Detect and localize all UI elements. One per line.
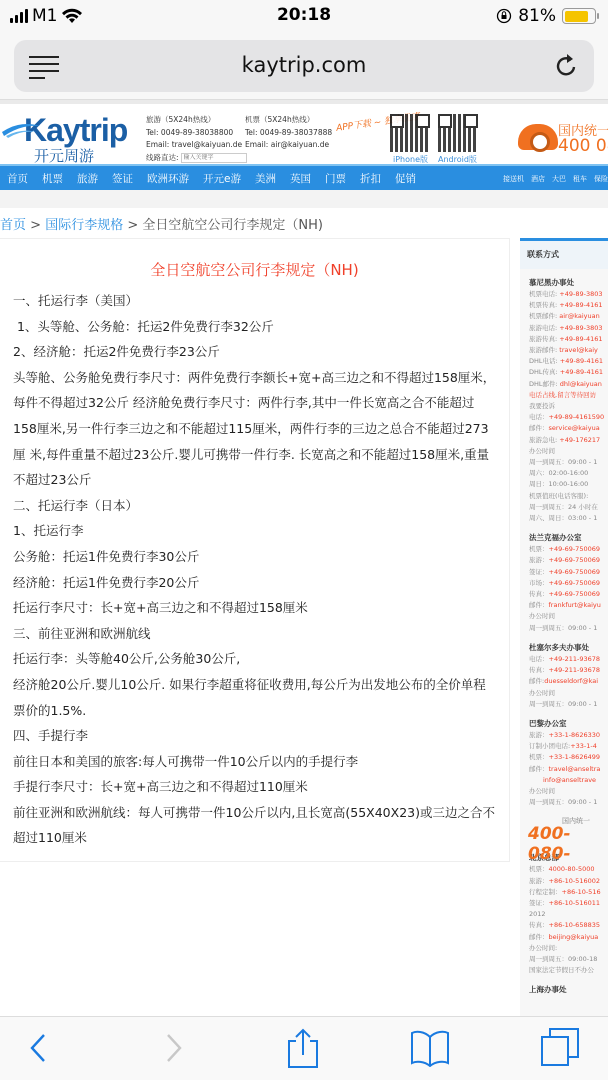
- air-contact: 机票（5X24h热线） Tel: 0049-89-38037888 Email:…: [245, 114, 332, 152]
- qr-code-iphone[interactable]: [390, 114, 430, 152]
- contact-value[interactable]: +33-1-8626499: [549, 753, 601, 761]
- office-munich: 慕尼黑办事处 机票电话: +49-89-3803 机票传真: +49-89-41…: [520, 277, 608, 524]
- article-paragraph: 经济舱：托运1件免费行李20公斤: [0, 570, 509, 596]
- contact-line: 传真：+49-69-750069: [529, 589, 608, 600]
- contact-line: 行程定制：+86-10-516: [529, 887, 608, 898]
- article-paragraph: 四、手提行李: [0, 723, 509, 749]
- forward-icon[interactable]: [164, 1031, 184, 1065]
- contact-value[interactable]: +86-10-516011: [549, 899, 601, 907]
- travel-contact-email[interactable]: Email: travel@kaiyuan.de: [146, 139, 242, 152]
- article-paragraph: 二、托运行李（日本）: [0, 493, 509, 519]
- office-title: 上海办事处: [529, 984, 608, 996]
- travel-contact-title: 旅游（5X24h热线）: [146, 114, 242, 127]
- contact-value[interactable]: +49-89-3803: [559, 290, 602, 298]
- site-logo[interactable]: Kaytrip 开元周游: [2, 112, 127, 166]
- contact-line: 机票：+33-1-8626499: [529, 752, 608, 763]
- tabs-icon[interactable]: [540, 1027, 580, 1067]
- contact-line: 旅游：+86-10-516002: [529, 876, 608, 887]
- air-contact-title: 机票（5X24h热线）: [245, 114, 332, 127]
- contact-line: 机票传真: +49-89-4161: [529, 300, 608, 311]
- reload-icon[interactable]: [554, 52, 580, 80]
- contact-line: 市场：+49-69-750069: [529, 578, 608, 589]
- contact-value[interactable]: +49-89-3803: [559, 324, 602, 332]
- hours-line: 周一到周五：09:00 - 1: [529, 699, 608, 710]
- rotation-lock-icon: [496, 8, 512, 24]
- contact-line: 旅游急电: +49-176217: [529, 435, 608, 446]
- breadcrumb-separator: >: [26, 218, 45, 233]
- hours-title: 办公时间: [529, 688, 608, 699]
- hours-line: 周一到周五：09:00 - 1: [529, 457, 608, 468]
- contact-line: 机票邮件: air@kaiyuan: [529, 311, 608, 322]
- office-paris: 巴黎办公室 旅游：+33-1-8626330 订制小团电话:+33-1-4 机票…: [520, 718, 608, 808]
- article-paragraph: 前往日本和美国的旅客:每人可携带一件10公斤以内的手提行李: [0, 749, 509, 775]
- contact-value[interactable]: travel@kaiy: [559, 346, 598, 354]
- contact-line: 邮件：travel@anseltra: [529, 764, 608, 775]
- contact-value[interactable]: beijing@kaiyua: [549, 933, 599, 941]
- contact-value[interactable]: +49-89-4161: [560, 368, 603, 376]
- hours-title: 办公时间: [529, 611, 608, 622]
- breadcrumb-home[interactable]: 首页: [0, 218, 26, 233]
- contact-value[interactable]: +33-1-8626330: [549, 731, 601, 739]
- contact-sidebar: 联系方式 慕尼黑办事处 机票电话: +49-89-3803 机票传真: +49-…: [520, 238, 608, 1018]
- hours-title: 办公时间: [529, 446, 608, 457]
- address-bar[interactable]: kaytrip.com: [14, 40, 594, 92]
- nav-tours[interactable]: 旅游: [70, 171, 105, 186]
- contact-value[interactable]: +86-10-516002: [549, 877, 601, 885]
- contact-line: 传真：+49-211-93678: [529, 665, 608, 676]
- air-contact-tel: Tel: 0049-89-38037888: [245, 127, 332, 140]
- nav-bus[interactable]: 大巴: [552, 174, 566, 184]
- hours-line: 国家法定节假日不办公: [529, 965, 608, 976]
- article-paragraph: 1、头等舱、公务舱：托运2件免费行李32公斤: [0, 314, 509, 340]
- article: 全日空航空公司行李规定（NH) 一、托运行李（美国） 1、头等舱、公务舱：托运2…: [0, 238, 510, 862]
- contact-line: 电话：+49-89-4161590: [529, 412, 608, 423]
- contact-value[interactable]: duesseldorf@kai: [544, 677, 598, 685]
- office-beijing: 北京总部 机票：4000-80-5000 旅游：+86-10-516002 行程…: [520, 852, 608, 976]
- contact-value[interactable]: air@kaiyuan: [559, 312, 599, 320]
- contact-line: DHL传真: +49-89-4161: [529, 367, 608, 378]
- nav-kaiyuan-e-tour[interactable]: 开元e游: [196, 171, 248, 186]
- nav-flights[interactable]: 机票: [35, 171, 70, 186]
- hours-line: 周日：10:00-16:00: [529, 479, 608, 490]
- breadcrumb-category[interactable]: 国际行李规格: [45, 218, 123, 233]
- bookmarks-icon[interactable]: [410, 1029, 450, 1067]
- office-duesseldorf: 杜塞尔多夫办事处 电话：+49-211-93678 传真：+49-211-936…: [520, 642, 608, 710]
- nav-airport-transfer[interactable]: 接送机: [503, 174, 524, 184]
- battery-icon: [562, 8, 596, 24]
- contact-line: 传真：+86-10-658835: [529, 920, 608, 931]
- article-title: 全日空航空公司行李规定（NH): [0, 259, 509, 280]
- contact-line: 旅游：+33-1-8626330: [529, 730, 608, 741]
- nav-europe-tour[interactable]: 欧洲环游: [140, 171, 196, 186]
- breadcrumb-current: 全日空航空公司行李规定（NH): [142, 218, 323, 233]
- contact-value[interactable]: +49-69-750069: [549, 568, 601, 576]
- contact-value[interactable]: dhl@kaiyuan: [560, 380, 602, 388]
- hours-title: 办公时间: [529, 786, 608, 797]
- nav-americas[interactable]: 美洲: [248, 171, 283, 186]
- hours-line: 周六、周日：03:00 - 1: [529, 513, 608, 524]
- contact-value[interactable]: travel@anseltra: [549, 765, 601, 773]
- contact-line: 订制小团电话:+33-1-4: [529, 741, 608, 752]
- contact-line: 旅游：+49-69-750069: [529, 555, 608, 566]
- hours-line: 机票值班(电话客服):: [529, 491, 608, 502]
- hours-line: 周六：02:00-16:00: [529, 468, 608, 479]
- travel-contact: 旅游（5X24h热线） Tel: 0049-89-38038800 Email:…: [146, 114, 242, 152]
- article-paragraph: 经济舱20公斤.婴儿10公斤. 如果行李超重将征收费用,每公斤为出发地公布的全价…: [0, 672, 509, 723]
- hours-line: 周一到周五：09:00 - 1: [529, 797, 608, 808]
- site-header: Kaytrip 开元周游 旅游（5X24h热线） Tel: 0049-89-38…: [0, 100, 608, 164]
- nav-discounts[interactable]: 折扣: [353, 171, 388, 186]
- contact-line: 机票：+49-69-750069: [529, 544, 608, 555]
- office-shanghai: 上海办事处: [520, 984, 608, 996]
- article-paragraph: 手提行李尺寸：长+宽+高三边之和不得超过110厘米: [0, 774, 509, 800]
- contact-value[interactable]: +49-69-750069: [549, 545, 601, 553]
- article-paragraph: 托运行李：头等舱40公斤,公务舱30公斤,: [0, 646, 509, 672]
- contact-value[interactable]: +49-89-4161: [559, 301, 602, 309]
- hours-line: 周一到周五：09:00-18: [529, 954, 608, 965]
- battery-percent: 81%: [518, 6, 556, 26]
- voicemail-note: 电话占线,留言等待回访: [529, 390, 608, 401]
- share-icon[interactable]: [286, 1027, 320, 1069]
- hotline-logo: 国内统一 400-080-: [528, 814, 608, 844]
- office-title: 巴黎办公室: [529, 718, 608, 730]
- route-search: 线路直达:: [146, 152, 247, 163]
- breadcrumb-separator: >: [123, 218, 142, 233]
- contact-line: 签证：+49-69-750069: [529, 567, 608, 578]
- hours-line: 周一到周五：24 小时在: [529, 502, 608, 513]
- contact-value[interactable]: +49-89-4161590: [549, 413, 605, 421]
- office-title: 慕尼黑办事处: [529, 277, 608, 289]
- contact-line: DHL电话: +49-89-4161: [529, 356, 608, 367]
- contact-value[interactable]: +49-69-750069: [549, 556, 601, 564]
- contact-value[interactable]: +86-10-658835: [549, 921, 601, 929]
- nav-tickets[interactable]: 门票: [318, 171, 353, 186]
- office-title: 杜塞尔多夫办事处: [529, 642, 608, 654]
- article-paragraph: 三、前往亚洲和欧洲航线: [0, 621, 509, 647]
- contact-value[interactable]: +49-211-93678: [549, 666, 601, 674]
- contact-line: 旅游传真: +49-89-4161: [529, 334, 608, 345]
- route-search-input[interactable]: [181, 153, 247, 163]
- hours-line: 周一到周五：09:00 - 1: [529, 623, 608, 634]
- nav-insurance[interactable]: 保险: [594, 174, 608, 184]
- contact-value[interactable]: 4000-80-5000: [549, 865, 595, 873]
- air-contact-email[interactable]: Email: air@kaiyuan.de: [245, 139, 332, 152]
- divider-band: [0, 190, 608, 208]
- article-paragraph: 托运行李尺寸：长+宽+高三边之和不得超过158厘米: [0, 595, 509, 621]
- contact-line: 邮件：service@kaiyua: [529, 423, 608, 434]
- contact-line: 邮件：beijing@kaiyua: [529, 932, 608, 943]
- nav-car-rental[interactable]: 租车: [573, 174, 587, 184]
- browser-chrome: kaytrip.com: [0, 34, 608, 100]
- back-icon[interactable]: [28, 1031, 48, 1065]
- nav-visa[interactable]: 签证: [105, 171, 140, 186]
- browser-toolbar: [0, 1016, 608, 1080]
- hotline-logo-number: 400-080-: [528, 824, 608, 864]
- logo-swoosh-icon: [2, 118, 42, 140]
- contact-line: 电话：+49-211-93678: [529, 654, 608, 665]
- contact-line: DHL邮件: dhl@kaiyuan: [529, 379, 608, 390]
- nav-home[interactable]: 首页: [0, 171, 35, 186]
- office-frankfurt: 法兰克福办公室 机票：+49-69-750069 旅游：+49-69-75006…: [520, 532, 608, 634]
- main-nav: 首页 机票 旅游 签证 欧洲环游 开元e游 美洲 英国 门票 折扣 促销 接送机…: [0, 164, 608, 190]
- nav-promotions[interactable]: 促销: [388, 171, 423, 186]
- hours-title: 办公时间:: [529, 943, 608, 954]
- contact-line: 机票电话: +49-89-3803: [529, 289, 608, 300]
- url-text[interactable]: kaytrip.com: [14, 53, 594, 77]
- article-paragraph: 公务舱：托运1件免费行李30公斤: [0, 544, 509, 570]
- breadcrumb: 首页 > 国际行李规格 > 全日空航空公司行李规定（NH): [0, 214, 323, 233]
- contact-value[interactable]: service@kaiyua: [549, 424, 600, 432]
- nav-hotel[interactable]: 酒店: [531, 174, 545, 184]
- contact-value[interactable]: +49-69-750069: [549, 579, 601, 587]
- contact-line: 邮件:duesseldorf@kai: [529, 676, 608, 687]
- travel-contact-tel: Tel: 0049-89-38038800: [146, 127, 242, 140]
- article-paragraph: 前往亚洲和欧洲航线：每人可携带一件10公斤以内,且长宽高(55X40X23)或三…: [0, 800, 509, 851]
- article-paragraph: 一、托运行李（美国）: [0, 288, 509, 314]
- contact-value[interactable]: +49-176217: [559, 436, 600, 444]
- article-paragraph: 头等舱、公务舱免费行李尺寸：两件免费行李额长+宽+高三边之和不得超过158厘米，…: [0, 365, 509, 493]
- contact-value[interactable]: +49-89-4161: [560, 357, 603, 365]
- contact-value[interactable]: +86-10-516: [562, 888, 601, 896]
- nav-uk[interactable]: 英国: [283, 171, 318, 186]
- status-bar: M1 20:18 81%: [0, 0, 608, 34]
- contact-line: 旅游电话: +49-89-3803: [529, 323, 608, 334]
- contact-line: 签证：+86-10-516011: [529, 898, 608, 909]
- qr-code-android[interactable]: [438, 114, 478, 152]
- article-paragraph: 2、经济舱：托运2件免费行李23公斤: [0, 339, 509, 365]
- contact-line: 2012: [529, 909, 608, 920]
- contact-value[interactable]: +49-69-750069: [549, 590, 601, 598]
- contact-value[interactable]: frankfurt@kaiyu: [549, 601, 601, 609]
- hotline-number: 400 08: [558, 136, 608, 156]
- contact-line: 机票：4000-80-5000: [529, 864, 608, 875]
- article-paragraph: 1、托运行李: [0, 518, 509, 544]
- sidebar-heading: 联系方式: [520, 241, 608, 269]
- contact-line: 旅游邮件: travel@kaiy: [529, 345, 608, 356]
- contact-value[interactable]: +49-211-93678: [549, 655, 601, 663]
- telephone-icon: [518, 124, 558, 150]
- office-title: 法兰克福办公室: [529, 532, 608, 544]
- complaint-title: 我要投诉: [529, 401, 608, 412]
- contact-value[interactable]: +49-89-4161: [559, 335, 602, 343]
- contact-value[interactable]: info@anseltrave: [543, 776, 596, 784]
- contact-line: 邮件：frankfurt@kaiyu: [529, 600, 608, 611]
- contact-value[interactable]: +33-1-4: [570, 742, 597, 750]
- contact-line: info@anseltrave: [529, 775, 608, 786]
- route-search-label: 线路直达:: [146, 152, 179, 163]
